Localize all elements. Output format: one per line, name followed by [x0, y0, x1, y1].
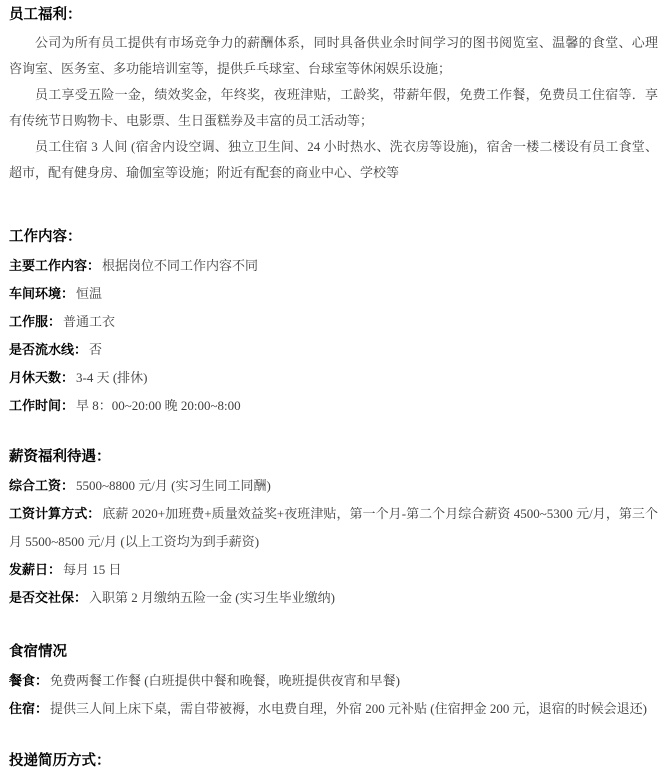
section-resume-submission: 投递简历方式： — [9, 752, 658, 770]
field-workshop-environment: 车间环境：恒温 — [9, 280, 658, 308]
field-value: 免费两餐工作餐 (白班提供中餐和晚餐，晚班提供夜宵和早餐) — [50, 673, 400, 688]
field-value: 否 — [89, 342, 102, 357]
benefits-paragraph-2: 员工享受五险一金，绩效奖金，年终奖，夜班津贴，工龄奖，带薪年假，免费工作餐，免费… — [9, 82, 658, 134]
field-salary-calculation: 工资计算方式：底薪 2020+加班费+质量效益奖+夜班津贴，第一个月-第二个月综… — [9, 500, 658, 556]
field-label: 主要工作内容： — [9, 258, 100, 273]
field-label: 餐食： — [9, 673, 48, 688]
field-label: 工资计算方式： — [9, 506, 100, 521]
section-title-food-lodging: 食宿情况 — [9, 643, 658, 661]
field-value: 每月 15 日 — [63, 562, 122, 577]
field-label: 住宿： — [9, 701, 48, 716]
field-label: 工作服： — [9, 314, 61, 329]
field-monthly-rest-days: 月休天数：3-4 天 (排休) — [9, 364, 658, 392]
section-job-content: 工作内容： 主要工作内容：根据岗位不同工作内容不同 车间环境：恒温 工作服：普通… — [9, 228, 658, 420]
field-value: 入职第 2 月缴纳五险一金 (实习生毕业缴纳) — [89, 590, 335, 605]
section-employee-benefits: 员工福利： 公司为所有员工提供有市场竞争力的薪酬体系，同时具备供业余时间学习的图… — [9, 6, 658, 186]
field-label: 综合工资： — [9, 478, 74, 493]
section-title-salary-benefits: 薪资福利待遇： — [9, 448, 658, 466]
field-assembly-line: 是否流水线：否 — [9, 336, 658, 364]
field-comprehensive-salary: 综合工资：5500~8800 元/月 (实习生同工同酬) — [9, 472, 658, 500]
field-main-duties: 主要工作内容：根据岗位不同工作内容不同 — [9, 252, 658, 280]
section-title-job-content: 工作内容： — [9, 228, 658, 246]
field-value: 早 8：00~20:00 晚 20:00~8:00 — [76, 398, 241, 413]
field-value: 3-4 天 (排休) — [76, 370, 148, 385]
field-value: 底薪 2020+加班费+质量效益奖+夜班津贴，第一个月-第二个月综合薪资 450… — [9, 506, 658, 549]
field-label: 是否交社保： — [9, 590, 87, 605]
benefits-paragraph-1: 公司为所有员工提供有市场竞争力的薪酬体系，同时具备供业余时间学习的图书阅览室、温… — [9, 30, 658, 82]
field-social-insurance: 是否交社保：入职第 2 月缴纳五险一金 (实习生毕业缴纳) — [9, 584, 658, 612]
field-working-hours: 工作时间：早 8：00~20:00 晚 20:00~8:00 — [9, 392, 658, 420]
field-value: 根据岗位不同工作内容不同 — [102, 258, 258, 273]
field-label: 月休天数： — [9, 370, 74, 385]
field-value: 提供三人间上床下桌，需自带被褥，水电费自理，外宿 200 元补贴 (住宿押金 2… — [50, 701, 647, 716]
section-food-lodging: 食宿情况 餐食：免费两餐工作餐 (白班提供中餐和晚餐，晚班提供夜宵和早餐) 住宿… — [9, 643, 658, 723]
benefits-paragraph-3: 员工住宿 3 人间 (宿舍内设空调、独立卫生间、24 小时热水、洗衣房等设施)，… — [9, 134, 658, 186]
document-page: 员工福利： 公司为所有员工提供有市场竞争力的薪酬体系，同时具备供业余时间学习的图… — [0, 0, 668, 777]
field-label: 是否流水线： — [9, 342, 87, 357]
field-label: 车间环境： — [9, 286, 74, 301]
field-meals: 餐食：免费两餐工作餐 (白班提供中餐和晚餐，晚班提供夜宵和早餐) — [9, 667, 658, 695]
section-title-resume-submission: 投递简历方式： — [9, 752, 658, 770]
field-value: 普通工衣 — [63, 314, 115, 329]
section-salary-benefits: 薪资福利待遇： 综合工资：5500~8800 元/月 (实习生同工同酬) 工资计… — [9, 448, 658, 612]
field-payday: 发薪日：每月 15 日 — [9, 556, 658, 584]
field-value: 5500~8800 元/月 (实习生同工同酬) — [76, 478, 271, 493]
field-label: 发薪日： — [9, 562, 61, 577]
field-label: 工作时间： — [9, 398, 74, 413]
field-work-uniform: 工作服：普通工衣 — [9, 308, 658, 336]
section-title-employee-benefits: 员工福利： — [9, 6, 658, 24]
field-accommodation: 住宿：提供三人间上床下桌，需自带被褥，水电费自理，外宿 200 元补贴 (住宿押… — [9, 695, 658, 723]
field-value: 恒温 — [76, 286, 102, 301]
